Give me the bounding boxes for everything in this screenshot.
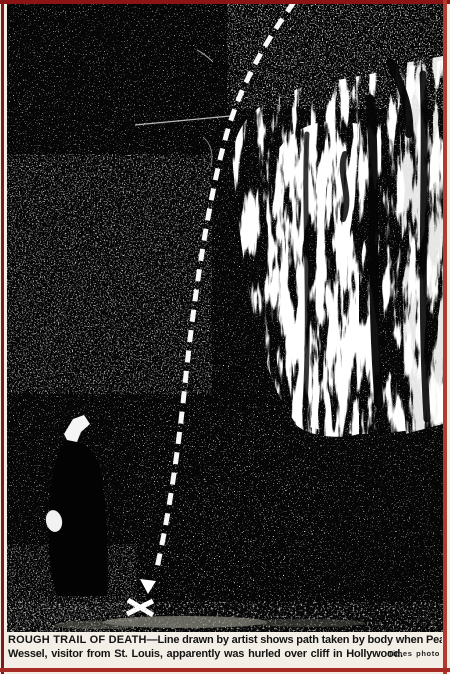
frame-border-right xyxy=(443,0,447,674)
frame-border-top xyxy=(0,0,450,4)
caption-line-2: Wessel, visitor from St. Louis, apparent… xyxy=(8,648,442,662)
frame-border-left xyxy=(1,0,4,674)
frame-border-bottom xyxy=(0,668,450,672)
news-photo xyxy=(7,4,443,632)
photo-caption: ROUGH TRAIL OF DEATH—Line drawn by artis… xyxy=(8,634,442,661)
caption-line-1-text: —Line drawn by artist shows path taken b… xyxy=(147,634,442,646)
photo-credit: Times photo xyxy=(388,647,440,661)
newspaper-clipping: ROUGH TRAIL OF DEATH—Line drawn by artis… xyxy=(0,0,450,674)
caption-line-2-text: Wessel, visitor from St. Louis, apparent… xyxy=(8,648,403,660)
photo-canvas xyxy=(7,4,443,632)
caption-line-1: ROUGH TRAIL OF DEATH—Line drawn by artis… xyxy=(8,634,442,648)
bottom-mottled-band xyxy=(7,602,443,632)
caption-lead-in: ROUGH TRAIL OF DEATH xyxy=(8,634,147,646)
